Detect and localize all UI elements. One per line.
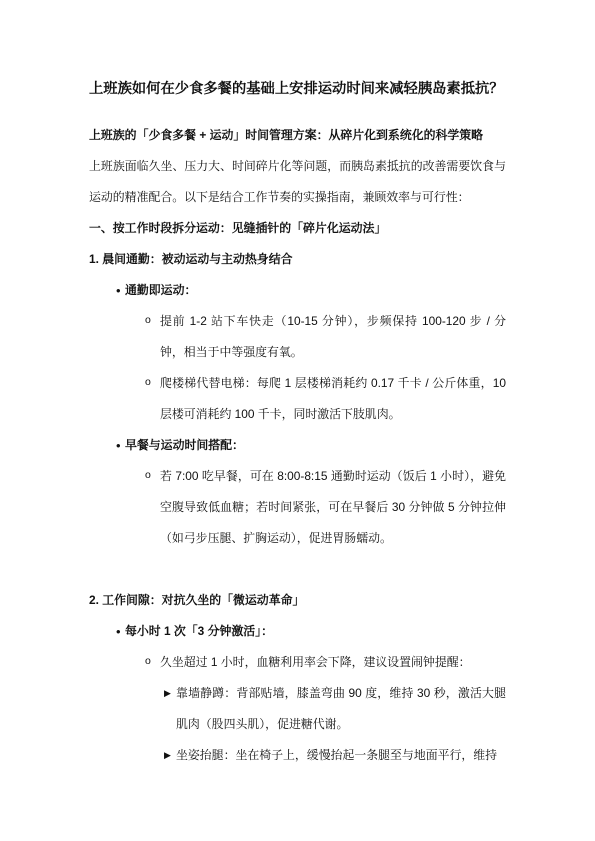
circle-bullet-icon: o: [145, 305, 151, 336]
triangle-bullet-icon: ▶: [164, 740, 171, 771]
page-title: 上班族如何在少食多餐的基础上安排运动时间来减轻胰岛素抵抗？: [89, 74, 506, 105]
triangle-bullet-icon: ▶: [164, 678, 171, 709]
list-subsubitem-wall-squat: ▶ 靠墙静蹲：背部贴墙，膝盖弯曲 90 度，维持 30 秒，激活大腿肌肉（股四头…: [89, 678, 506, 740]
intro-paragraph: 上班族面临久坐、压力大、时间碎片化等问题，而胰岛素抵抗的改善需要饮食与运动的精准…: [89, 151, 506, 213]
list-subsubitem-text: 靠墙静蹲：背部贴墙，膝盖弯曲 90 度，维持 30 秒，激活大腿肌肉（股四头肌）…: [176, 686, 506, 731]
list-subitem-walk: o 提前 1-2 站下车快走（10-15 分钟），步频保持 100-120 步 …: [89, 306, 506, 368]
list-subitem-breakfast-timing: o 若 7:00 吃早餐，可在 8:00-8:15 通勤时运动（饭后 1 小时）…: [89, 461, 506, 554]
section-1-heading: 一、按工作时段拆分运动：见缝插针的「碎片化运动法」: [89, 213, 506, 244]
list-item-label: 每小时 1 次「3 分钟激活」：: [125, 624, 273, 638]
bullet-icon: •: [116, 430, 121, 461]
circle-bullet-icon: o: [145, 646, 151, 677]
list-item-commute: • 通勤即运动：: [89, 275, 506, 306]
list-item-label: 早餐与运动时间搭配：: [125, 438, 244, 452]
list-item-hourly-activation: • 每小时 1 次「3 分钟激活」：: [89, 616, 506, 647]
list-subitem-text: 久坐超过 1 小时，血糖利用率会下降，建议设置闹钟提醒：: [160, 655, 471, 669]
list-item-label: 通勤即运动：: [125, 283, 196, 297]
circle-bullet-icon: o: [145, 460, 151, 491]
list-item-breakfast: • 早餐与运动时间搭配：: [89, 430, 506, 461]
document-subtitle: 上班族的「少食多餐 + 运动」时间管理方案：从碎片化到系统化的科学策略: [89, 120, 506, 151]
list-subsubitem-leg-raise: ▶ 坐姿抬腿：坐在椅子上，缓慢抬起一条腿至与地面平行，维持: [89, 740, 506, 771]
list-subitem-text: 爬楼梯代替电梯：每爬 1 层楼梯消耗约 0.17 千卡 / 公斤体重，10 层楼…: [160, 376, 506, 421]
subsection-2-heading: 2. 工作间隙：对抗久坐的「微运动革命」: [89, 585, 506, 616]
document-page: 上班族如何在少食多餐的基础上安排运动时间来减轻胰岛素抵抗？ 上班族的「少食多餐 …: [0, 0, 595, 841]
list-subitem-stairs: o 爬楼梯代替电梯：每爬 1 层楼梯消耗约 0.17 千卡 / 公斤体重，10 …: [89, 368, 506, 430]
list-subitem-text: 提前 1-2 站下车快走（10-15 分钟），步频保持 100-120 步 / …: [160, 314, 506, 359]
list-subsubitem-text: 坐姿抬腿：坐在椅子上，缓慢抬起一条腿至与地面平行，维持: [176, 748, 497, 762]
subsection-1-heading: 1. 晨间通勤：被动运动与主动热身结合: [89, 244, 506, 275]
list-subitem-sitting-alert: o 久坐超过 1 小时，血糖利用率会下降，建议设置闹钟提醒：: [89, 647, 506, 678]
bullet-icon: •: [116, 275, 121, 306]
circle-bullet-icon: o: [145, 367, 151, 398]
list-subitem-text: 若 7:00 吃早餐，可在 8:00-8:15 通勤时运动（饭后 1 小时），避…: [160, 469, 506, 545]
bullet-icon: •: [116, 616, 121, 647]
